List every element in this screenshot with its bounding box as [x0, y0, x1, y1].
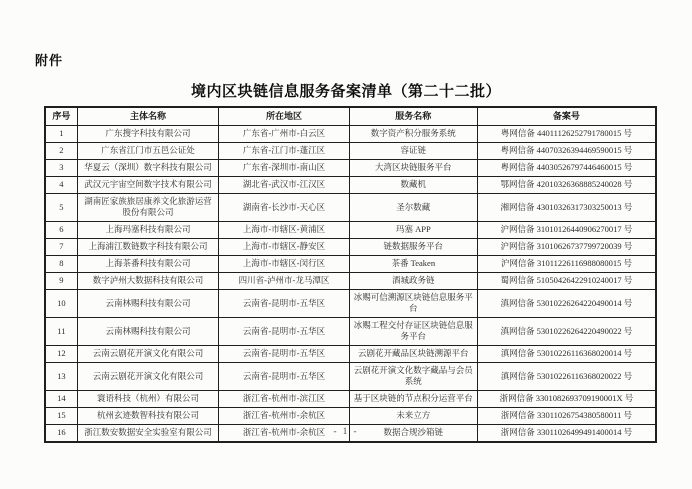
- table-row: 10 云南林赐科技有限公司 云南省-昆明市-五华区 冰赐可信溯源区块链信息服务平…: [46, 289, 656, 317]
- table-row: 14 寰语科技（杭州）有限公司 浙江省-杭州市-滨江区 基于区块链的节点积分运营…: [46, 390, 656, 407]
- cell-filing-number: 粤网信备 44070326394469590015 号: [477, 143, 655, 160]
- cell-entity-name: 云南云剧花开演文化有限公司: [77, 362, 219, 390]
- cell-entity-name: 上海茶番科技有限公司: [77, 255, 219, 272]
- cell-service-name: 茶番 Teaken: [349, 255, 477, 272]
- cell-row-number: 10: [46, 289, 78, 317]
- cell-entity-name: 华夏云（深圳）数字科技有限公司: [77, 160, 219, 177]
- cell-row-number: 3: [46, 160, 78, 177]
- cell-service-name: 冰赐可信溯源区块链信息服务平台: [349, 289, 477, 317]
- cell-region: 广东省-广州市-白云区: [219, 126, 350, 143]
- cell-filing-number: 滇网信备 53010226116368020022 号: [477, 362, 655, 390]
- column-header-no: 序号: [46, 108, 78, 126]
- cell-service-name: 容证链: [349, 143, 477, 160]
- cell-entity-name: 云南云剧花开演文化有限公司: [77, 345, 219, 362]
- cell-service-name: 未来立方: [349, 407, 477, 424]
- attachment-label: 附件: [35, 50, 63, 69]
- cell-row-number: 1: [46, 126, 78, 143]
- cell-region: 湖南省-长沙市-天心区: [219, 194, 350, 222]
- cell-region: 浙江省-杭州市-滨江区: [219, 390, 350, 407]
- cell-entity-name: 湖南匠家族旅居康养文化旅游运营股份有限公司: [77, 194, 219, 222]
- cell-region: 上海市-市辖区-静安区: [219, 238, 350, 255]
- cell-service-name: 云剧花开藏品区块链溯源平台: [349, 345, 477, 362]
- cell-filing-number: 沪网信备 31010626737799720039 号: [477, 238, 655, 255]
- cell-region: 广东省-江门市-蓬江区: [219, 143, 350, 160]
- table-row: 15 杭州玄迹数智科技有限公司 浙江省-杭州市-余杭区 未来立方 浙网信备 33…: [46, 407, 656, 424]
- page-title: 境内区块链信息服务备案清单（第二十二批）: [0, 80, 692, 101]
- cell-region: 云南省-昆明市-五华区: [219, 289, 350, 317]
- cell-region: 云南省-昆明市-五华区: [219, 345, 350, 362]
- table-header-row: 序号 主体名称 所在地区 服务名称 备案号: [46, 108, 656, 126]
- cell-filing-number: 滇网信备 53010226264220490014 号: [477, 289, 655, 317]
- cell-row-number: 12: [46, 345, 78, 362]
- cell-entity-name: 广东省江门市五邑公证处: [77, 143, 219, 160]
- cell-row-number: 11: [46, 317, 78, 345]
- cell-region: 上海市-市辖区-黄浦区: [219, 221, 350, 238]
- cell-filing-number: 浙网信备 3301082693709190001X 号: [477, 390, 655, 407]
- cell-row-number: 13: [46, 362, 78, 390]
- cell-service-name: 链数据服务平台: [349, 238, 477, 255]
- cell-region: 浙江省-杭州市-余杭区: [219, 407, 350, 424]
- cell-entity-name: 杭州玄迹数智科技有限公司: [77, 407, 219, 424]
- cell-filing-number: 沪网信备 31010126440906270017 号: [477, 221, 655, 238]
- cell-entity-name: 上海浦江数链数字科技有限公司: [77, 238, 219, 255]
- cell-service-name: 数字资产积分服务系统: [349, 126, 477, 143]
- column-header-filing: 备案号: [477, 108, 655, 126]
- table-row: 2 广东省江门市五邑公证处 广东省-江门市-蓬江区 容证链 粤网信备 44070…: [46, 143, 656, 160]
- cell-filing-number: 粤网信备 44011126252791780015 号: [477, 126, 655, 143]
- table-row: 9 数字泸州大数据科技有限公司 四川省-泸州市-龙马潭区 酒城政务链 蜀网信备 …: [46, 272, 656, 289]
- cell-entity-name: 上海玛塞科技有限公司: [77, 221, 219, 238]
- cell-entity-name: 武汉元宇宙空间数字技术有限公司: [77, 177, 219, 194]
- table-row: 6 上海玛塞科技有限公司 上海市-市辖区-黄浦区 玛塞 APP 沪网信备 310…: [46, 221, 656, 238]
- cell-region: 云南省-昆明市-五华区: [219, 317, 350, 345]
- table-row: 12 云南云剧花开演文化有限公司 云南省-昆明市-五华区 云剧花开藏品区块链溯源…: [46, 345, 656, 362]
- cell-entity-name: 广东搜字科技有限公司: [77, 126, 219, 143]
- column-header-service: 服务名称: [349, 108, 477, 126]
- cell-filing-number: 湘网信备 43010326317303250013 号: [477, 194, 655, 222]
- cell-filing-number: 浙网信备 33011026754380580011 号: [477, 407, 655, 424]
- cell-region: 四川省-泸州市-龙马潭区: [219, 272, 350, 289]
- cell-service-name: 云剧花开演文化数字藏品与会员系统: [349, 362, 477, 390]
- table-row: 1 广东搜字科技有限公司 广东省-广州市-白云区 数字资产积分服务系统 粤网信备…: [46, 126, 656, 143]
- cell-service-name: 酒城政务链: [349, 272, 477, 289]
- table-row: 7 上海浦江数链数字科技有限公司 上海市-市辖区-静安区 链数据服务平台 沪网信…: [46, 238, 656, 255]
- cell-service-name: 冰赐工程交付存证区块链信息服务平台: [349, 317, 477, 345]
- cell-entity-name: 云南林赐科技有限公司: [77, 289, 219, 317]
- cell-filing-number: 滇网信备 53010226264220490022 号: [477, 317, 655, 345]
- document-page: 附件 境内区块链信息服务备案清单（第二十二批） 序号 主体名称 所在地区 服务名…: [0, 0, 692, 489]
- cell-region: 上海市-市辖区-闵行区: [219, 255, 350, 272]
- cell-row-number: 15: [46, 407, 78, 424]
- table-row: 5 湖南匠家族旅居康养文化旅游运营股份有限公司 湖南省-长沙市-天心区 圣尔数藏…: [46, 194, 656, 222]
- cell-service-name: 数藏机: [349, 177, 477, 194]
- filing-table: 序号 主体名称 所在地区 服务名称 备案号 1 广东搜字科技有限公司 广东省-广…: [45, 107, 656, 442]
- cell-row-number: 14: [46, 390, 78, 407]
- cell-region: 广东省-深圳市-南山区: [219, 160, 350, 177]
- table-row: 8 上海茶番科技有限公司 上海市-市辖区-闵行区 茶番 Teaken 沪网信备 …: [46, 255, 656, 272]
- table-row: 11 云南林赐科技有限公司 云南省-昆明市-五华区 冰赐工程交付存证区块链信息服…: [46, 317, 656, 345]
- cell-entity-name: 寰语科技（杭州）有限公司: [77, 390, 219, 407]
- table-row: 4 武汉元宇宙空间数字技术有限公司 湖北省-武汉市-江汉区 数藏机 鄂网信备 4…: [46, 177, 656, 194]
- cell-entity-name: 数字泸州大数据科技有限公司: [77, 272, 219, 289]
- cell-row-number: 2: [46, 143, 78, 160]
- cell-filing-number: 鄂网信备 42010326368885240028 号: [477, 177, 655, 194]
- cell-filing-number: 蜀网信备 51050426422910240017 号: [477, 272, 655, 289]
- table-body: 1 广东搜字科技有限公司 广东省-广州市-白云区 数字资产积分服务系统 粤网信备…: [46, 126, 656, 442]
- column-header-region: 所在地区: [219, 108, 350, 126]
- cell-service-name: 圣尔数藏: [349, 194, 477, 222]
- cell-filing-number: 粤网信备 44030526797446460015 号: [477, 160, 655, 177]
- cell-row-number: 4: [46, 177, 78, 194]
- cell-row-number: 5: [46, 194, 78, 222]
- cell-row-number: 6: [46, 221, 78, 238]
- cell-filing-number: 沪网信备 31011226116988080015 号: [477, 255, 655, 272]
- cell-region: 湖北省-武汉市-江汉区: [219, 177, 350, 194]
- cell-row-number: 9: [46, 272, 78, 289]
- table-row: 3 华夏云（深圳）数字科技有限公司 广东省-深圳市-南山区 大湾区块链服务平台 …: [46, 160, 656, 177]
- cell-entity-name: 云南林赐科技有限公司: [77, 317, 219, 345]
- cell-region: 云南省-昆明市-五华区: [219, 362, 350, 390]
- cell-service-name: 基于区块链的节点积分运营平台: [349, 390, 477, 407]
- column-header-entity: 主体名称: [77, 108, 219, 126]
- cell-service-name: 玛塞 APP: [349, 221, 477, 238]
- cell-row-number: 8: [46, 255, 78, 272]
- cell-service-name: 大湾区块链服务平台: [349, 160, 477, 177]
- table-row: 13 云南云剧花开演文化有限公司 云南省-昆明市-五华区 云剧花开演文化数字藏品…: [46, 362, 656, 390]
- cell-filing-number: 滇网信备 53010226116368020014 号: [477, 345, 655, 362]
- cell-row-number: 7: [46, 238, 78, 255]
- page-number: - 1 -: [0, 426, 692, 436]
